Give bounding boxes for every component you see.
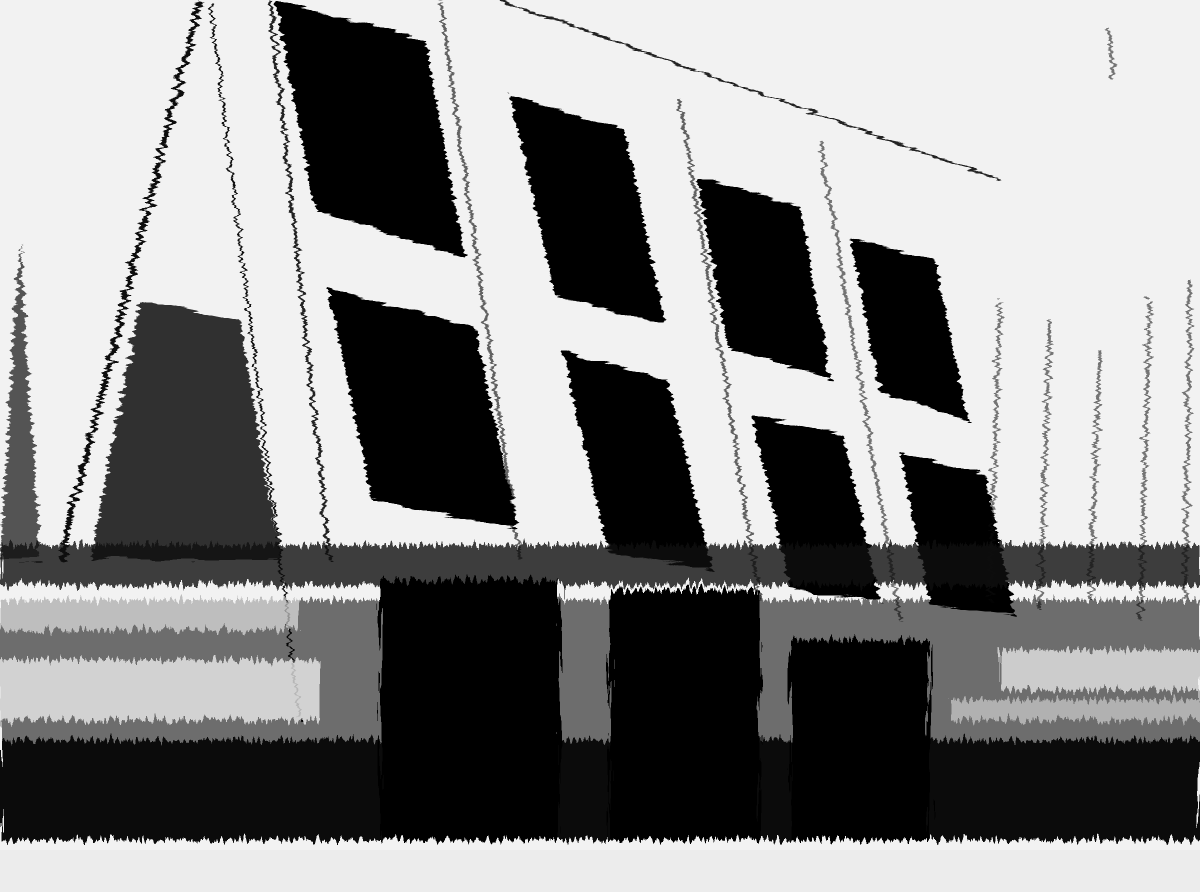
bottom-edge [0, 850, 1200, 892]
abstract-building-print [0, 0, 1200, 892]
